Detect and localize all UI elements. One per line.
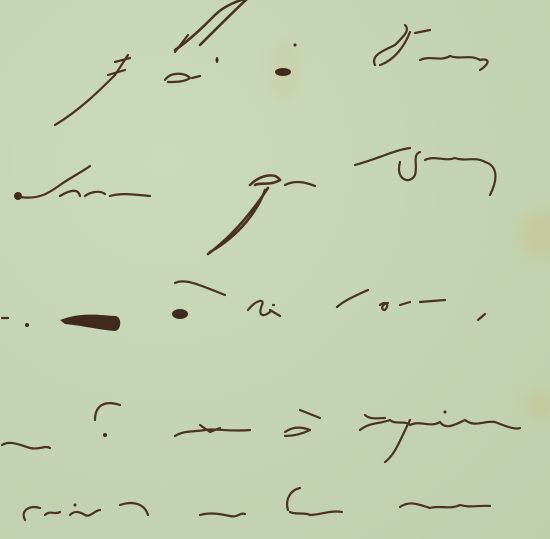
manuscript-page: j'ai été heureux chose qui serez … à la …: [0, 0, 550, 539]
handwriting: [0, 0, 550, 539]
handwritten-line-2: [14, 148, 495, 254]
handwritten-line-4: [2, 403, 520, 462]
handwritten-line-1: [55, 0, 488, 125]
handwritten-line-5: [24, 488, 490, 520]
handwritten-line-3: [2, 281, 485, 331]
